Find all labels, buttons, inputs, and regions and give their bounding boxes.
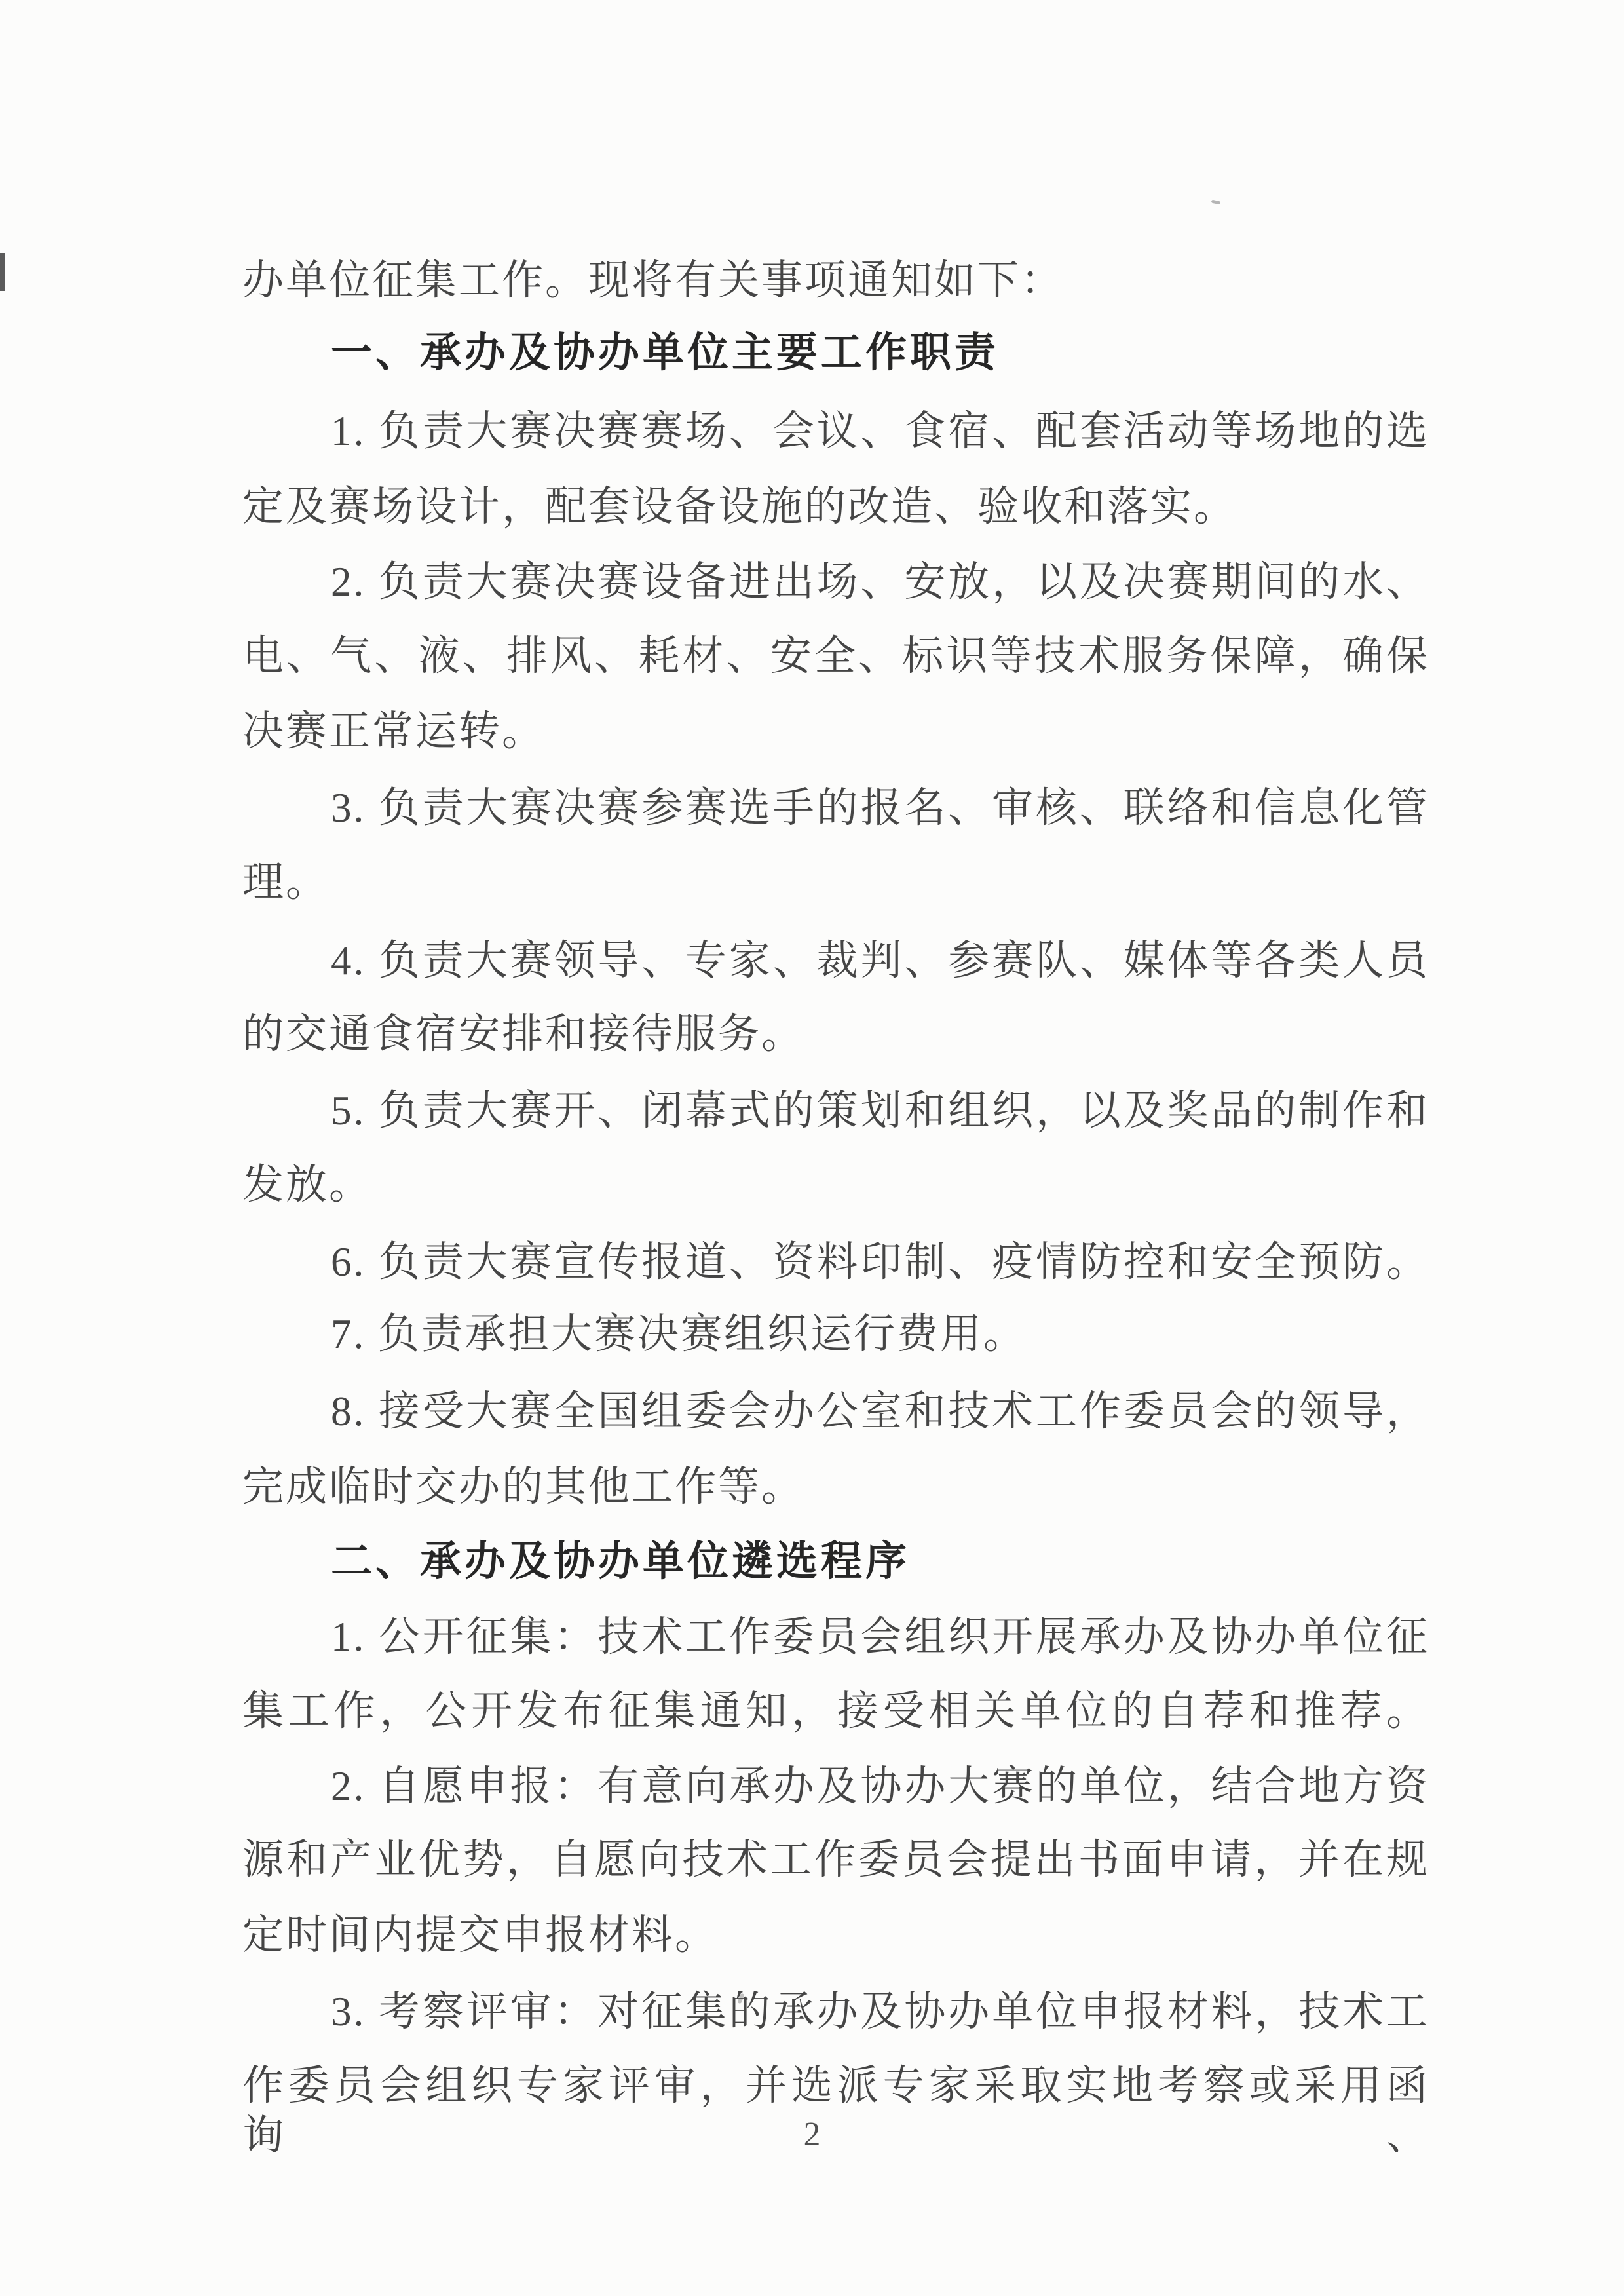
paragraph-line: 定时间内提交申报材料。 bbox=[242, 1910, 1429, 1960]
scan-artifact bbox=[0, 253, 5, 291]
paragraph-line: 7. 负责承担大赛决赛组织运行费用。 bbox=[242, 1309, 1429, 1359]
paragraph-line: 3. 考察评审：对征集的承办及协办单位申报材料，技术工 bbox=[242, 1987, 1429, 2037]
paragraph-line: 2. 自愿申报：有意向承办及协办大赛的单位，结合地方资 bbox=[242, 1761, 1429, 1811]
section-heading-2: 二、承办及协办单位遴选程序 bbox=[242, 1537, 1429, 1586]
section-heading-1: 一、承办及协办单位主要工作职责 bbox=[242, 328, 1429, 377]
paragraph-line: 的交通食宿安排和接待服务。 bbox=[242, 1009, 1429, 1059]
paragraph-line: 2. 负责大赛决赛设备进出场、安放，以及决赛期间的水、 bbox=[242, 557, 1429, 607]
paragraph-line: 4. 负责大赛领导、专家、裁判、参赛队、媒体等各类人员 bbox=[242, 936, 1429, 985]
paragraph-line: 集工作，公开发布征集通知，接受相关单位的自荐和推荐。 bbox=[242, 1686, 1429, 1736]
paragraph-line: 完成临时交办的其他工作等。 bbox=[242, 1462, 1429, 1512]
paragraph-line: 3. 负责大赛决赛参赛选手的报名、审核、联络和信息化管 bbox=[242, 783, 1429, 833]
paragraph-line: 6. 负责大赛宣传报道、资料印制、疫情防控和安全预防。 bbox=[242, 1237, 1429, 1287]
scan-artifact bbox=[1211, 200, 1221, 205]
paragraph-line: 办单位征集工作。现将有关事项通知如下： bbox=[242, 256, 1429, 305]
paragraph-line: 发放。 bbox=[242, 1160, 1429, 1210]
paragraph-line: 定及赛场设计，配套设备设施的改造、验收和落实。 bbox=[242, 482, 1429, 531]
paragraph-line: 1. 公开征集：技术工作委员会组织开展承办及协办单位征 bbox=[242, 1612, 1429, 1662]
paragraph-line: 决赛正常运转。 bbox=[242, 706, 1429, 756]
document-page: 办单位征集工作。现将有关事项通知如下： 一、承办及协办单位主要工作职责 1. 负… bbox=[0, 0, 1624, 2296]
paragraph-line: 8. 接受大赛全国组委会办公室和技术工作委员会的领导， bbox=[242, 1387, 1429, 1436]
paragraph-line: 1. 负责大赛决赛赛场、会议、食宿、配套活动等场地的选 bbox=[242, 406, 1429, 456]
page-number: 2 bbox=[0, 2115, 1624, 2154]
paragraph-line: 理。 bbox=[242, 857, 1429, 907]
paragraph-line: 电、气、液、排风、耗材、安全、标识等技术服务保障，确保 bbox=[242, 631, 1429, 681]
paragraph-line: 源和产业优势，自愿向技术工作委员会提出书面申请，并在规 bbox=[242, 1835, 1429, 1885]
paragraph-line: 5. 负责大赛开、闭幕式的策划和组织，以及奖品的制作和 bbox=[242, 1086, 1429, 1136]
